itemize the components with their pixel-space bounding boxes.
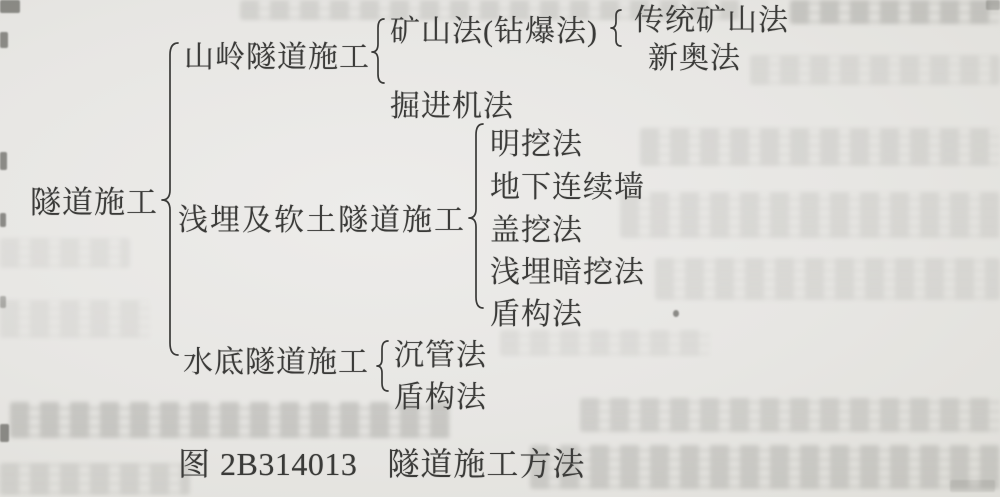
scan-artifact	[673, 310, 679, 317]
bleed-through-text	[580, 398, 1000, 432]
leaf-shield-label: 盾构法	[490, 300, 583, 330]
bleed-through-text	[10, 402, 450, 438]
underwater-brace	[376, 340, 391, 392]
leaf-cover-cut-label: 盖挖法	[490, 216, 583, 246]
shallow-brace	[468, 123, 487, 309]
bleed-through-text	[500, 330, 710, 356]
leaf-new-austrian-label: 新奥法	[648, 44, 741, 74]
scanned-page: 隧道施工 山岭隧道施工 矿山法(钻爆法) 传统矿山法 新奥法 掘进机法 浅埋及软…	[0, 0, 1000, 497]
scan-artifact	[0, 213, 6, 227]
bleed-through-text	[530, 445, 1000, 489]
caption-figure-number: 2B314013	[220, 448, 357, 480]
leaf-shield2-label: 盾构法	[394, 383, 487, 413]
branch-mountain-label: 山岭隧道施工	[184, 43, 370, 73]
leaf-open-cut-label: 明挖法	[490, 130, 583, 160]
bleed-through-text	[750, 55, 1000, 85]
root-brace	[161, 42, 181, 356]
bleed-through-text	[790, 0, 1000, 24]
mountain-brace	[371, 18, 387, 84]
bleed-through-text	[0, 300, 150, 338]
scan-artifact	[0, 296, 6, 308]
mining-brace	[610, 9, 624, 47]
scan-artifact	[0, 424, 9, 442]
scan-artifact	[0, 152, 7, 170]
bleed-through-text	[0, 238, 130, 268]
scan-artifact	[0, 0, 20, 13]
leaf-shallow-underground-label: 浅埋暗挖法	[490, 258, 645, 288]
leaf-immersed-tube-label: 沉管法	[394, 341, 487, 371]
node-tbm-label: 掘进机法	[390, 92, 514, 122]
caption-title: 隧道施工方法	[387, 448, 585, 480]
scan-artifact	[986, 0, 1000, 10]
bleed-through-text	[620, 192, 1000, 238]
bleed-through-text	[655, 258, 1000, 300]
figure-caption: 图 2B314013 隧道施工方法	[178, 448, 585, 480]
bleed-through-text	[0, 463, 190, 495]
leaf-traditional-mining-label: 传统矿山法	[634, 6, 789, 36]
scan-artifact	[0, 32, 8, 48]
leaf-diaphragm-wall-label: 地下连续墙	[490, 173, 645, 203]
branch-underwater-label: 水底隧道施工	[183, 348, 369, 378]
caption-figure-word: 图	[178, 448, 210, 480]
bleed-through-text	[640, 128, 1000, 166]
node-mining-method-label: 矿山法(钻爆法)	[390, 17, 598, 47]
branch-shallow-label: 浅埋及软土隧道施工	[178, 206, 466, 236]
root-label: 隧道施工	[30, 187, 158, 218]
scan-artifact	[950, 480, 995, 492]
